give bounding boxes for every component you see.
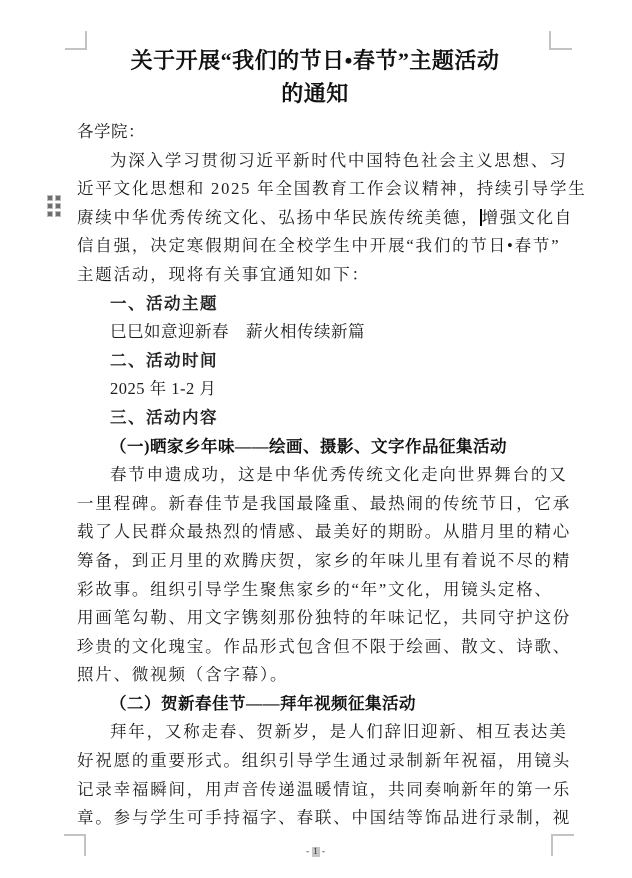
section-heading-content: 三、活动内容 bbox=[77, 404, 553, 433]
activity1-line: 筹备，到正月里的欢腾庆贺，家乡的年味儿里有着说不尽的精 bbox=[77, 547, 553, 576]
title-line-2: 的通知 bbox=[281, 81, 349, 106]
section-heading-theme: 一、活动主题 bbox=[77, 290, 553, 319]
activity1-line: 春节申遗成功，这是中华优秀传统文化走向世界舞台的又 bbox=[77, 461, 553, 490]
theme-content: 巳巳如意迎新春 薪火相传续新篇 bbox=[77, 318, 553, 347]
page-number-field: 1 bbox=[312, 847, 320, 857]
page-number-dash-left: - bbox=[306, 847, 310, 857]
intro-line: 主题活动，现将有关事宜通知如下： bbox=[77, 261, 553, 290]
section-heading-time: 二、活动时间 bbox=[77, 347, 553, 376]
activity2-line: 记录幸福瞬间，用声音传递温暖情谊，共同奏响新年的第一乐 bbox=[77, 776, 553, 805]
activity1-line: 一里程碑。新春佳节是我国最隆重、最热闹的传统节日，它承 bbox=[77, 490, 553, 519]
activity1-line: 照片、微视频（含字幕）。 bbox=[77, 661, 553, 690]
activity1-line: 载了人民群众最热烈的情感、最美好的期盼。从腊月里的精心 bbox=[77, 518, 553, 547]
page-footer: -1- bbox=[0, 847, 632, 857]
document-content: 关于开展“我们的节日•春节”主题活动 的通知 各学院： 为深入学习贯彻习近平新时… bbox=[77, 44, 553, 833]
document-body: 各学院： 为深入学习贯彻习近平新时代中国特色社会主义思想、习 近平文化思想和 2… bbox=[77, 118, 553, 833]
intro-line-with-caret: 赓续中华优秀传统文化、弘扬中华民族传统美德，增强文化自 bbox=[77, 204, 553, 233]
intro-line-part-b: 增强文化自 bbox=[482, 208, 574, 227]
paragraph-drag-handle-icon[interactable] bbox=[48, 196, 60, 216]
activity1-line: 用画笔勾勒、用文字镌刻那份独特的年味记忆，共同守护这份 bbox=[77, 604, 553, 633]
document-title: 关于开展“我们的节日•春节”主题活动 的通知 bbox=[77, 44, 553, 110]
page-number-dash-right: - bbox=[322, 847, 326, 857]
activity1-line: 珍贵的文化瑰宝。作品形式包含但不限于绘画、散文、诗歌、 bbox=[77, 633, 553, 662]
intro-line: 为深入学习贯彻习近平新时代中国特色社会主义思想、习 bbox=[77, 147, 553, 176]
salutation: 各学院： bbox=[77, 118, 553, 147]
title-line-1: 关于开展“我们的节日•春节”主题活动 bbox=[131, 48, 500, 73]
document-page: 关于开展“我们的节日•春节”主题活动 的通知 各学院： 为深入学习贯彻习近平新时… bbox=[0, 0, 632, 878]
intro-line: 信自强，决定寒假期间在全校学生中开展“我们的节日•春节” bbox=[77, 232, 553, 261]
activity2-line: 章。参与学生可手持福字、春联、中国结等饰品进行录制，视 bbox=[77, 804, 553, 833]
time-content: 2025 年 1-2 月 bbox=[77, 375, 553, 404]
activity2-line: 好祝愿的重要形式。组织引导学生通过录制新年祝福，用镜头 bbox=[77, 747, 553, 776]
intro-line-part-a: 赓续中华优秀传统文化、弘扬中华民族传统美德， bbox=[77, 208, 480, 227]
activity1-line: 彩故事。组织引导学生聚焦家乡的“年”文化，用镜头定格、 bbox=[77, 576, 553, 605]
activity1-heading: （一)晒家乡年味——绘画、摄影、文字作品征集活动 bbox=[77, 433, 553, 462]
activity2-line: 拜年，又称走春、贺新岁，是人们辞旧迎新、相互表达美 bbox=[77, 718, 553, 747]
activity2-heading: （二）贺新春佳节——拜年视频征集活动 bbox=[77, 690, 553, 719]
intro-line: 近平文化思想和 2025 年全国教育工作会议精神，持续引导学生 bbox=[77, 175, 553, 204]
